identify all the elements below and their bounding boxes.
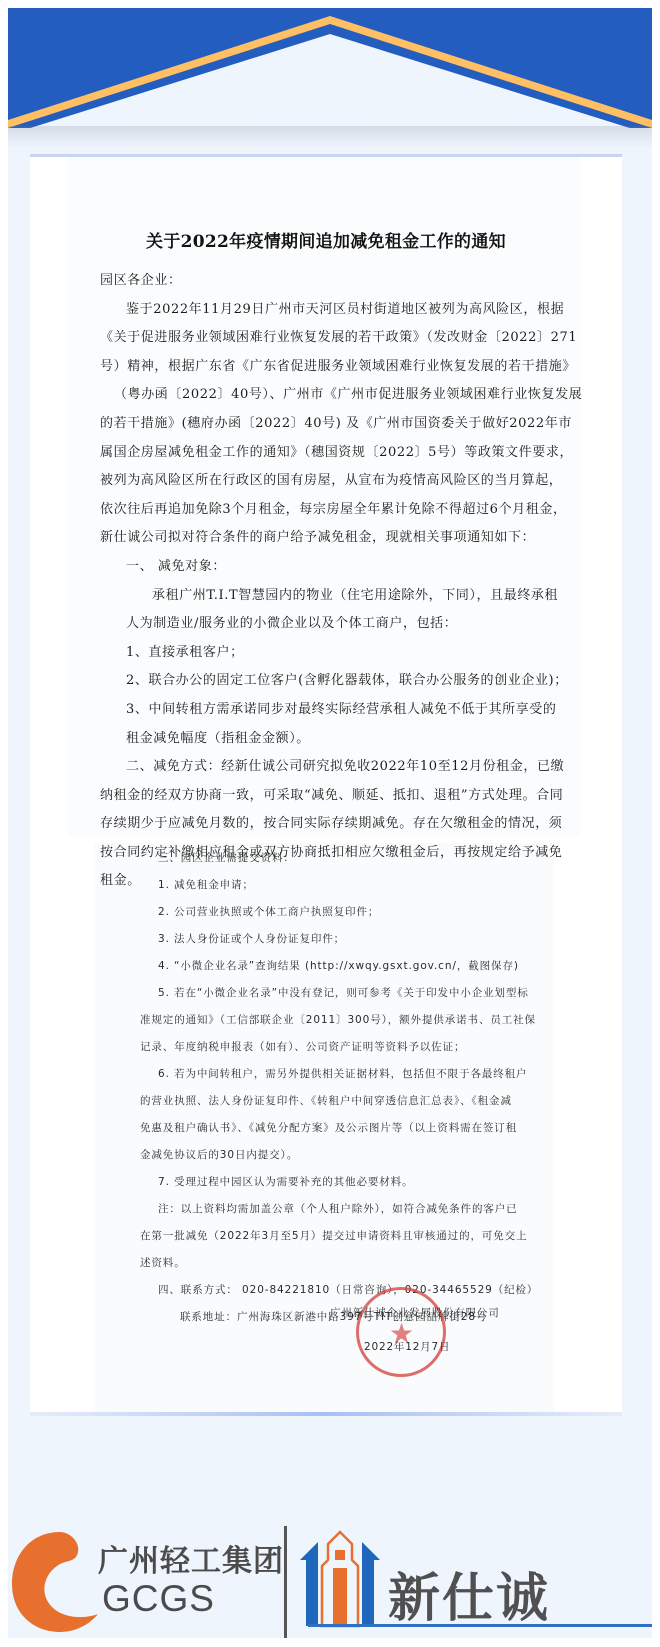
section3-note: 注：以上资料均需加盖公章（个人租户除外），如符合减免条件的客户已: [140, 1196, 550, 1223]
section2-line: 纳租金的经双方协商一致，可采取“减免、顺延、抵扣、退租”方式处理。合同: [100, 782, 570, 811]
footer-logos: 广州轻工集团 GCGS 新仕诚: [8, 1418, 652, 1638]
signature-date: 2022年12月7日: [364, 1339, 450, 1354]
gcgs-name-en: GCGS: [102, 1578, 215, 1620]
gcgs-logo-icon: [8, 1528, 112, 1636]
section3-line: 的营业执照、法人身份证复印件、《转租户中间穿透信息汇总表》、《租金减: [140, 1088, 550, 1115]
section1-heading: 一、 减免对象：: [100, 553, 570, 582]
header-banner: [8, 8, 652, 128]
section3-line: 5. 若在“小微企业名录”中没有登记，则可参考《关于印发中小企业划型标: [140, 980, 550, 1007]
intro-line: 被列为高风险区所在行政区的国有房屋，从宣布为疫情高风险区的当月算起，: [100, 467, 570, 496]
section3-note: 述资料。: [140, 1250, 550, 1277]
section3-line: 6. 若为中间转租户，需另外提供相关证据材料，包括但不限于各最终租户: [140, 1061, 550, 1088]
page: 关于2022年疫情期间追加减免租金工作的通知 园区各企业： 鉴于2022年11月…: [8, 8, 652, 1638]
section1-item: 1、直接承租客户；: [100, 639, 570, 668]
xinshicheng-name: 新仕诚: [388, 1556, 550, 1631]
section3-line: 免惠及租户确认书》、《减免分配方案》及公示图片等（以上资料需在签订租: [140, 1115, 550, 1142]
section3-line: 记录、年度纳税申报表（如有）、公司资产证明等资料予以佐证；: [140, 1034, 550, 1061]
company-seal: ★: [356, 1287, 446, 1377]
section1-item: 3、中间转租方需承诺同步对最终实际经营承租人减免不低于其所享受的: [100, 696, 570, 725]
section3-line: 4. “小微企业名录”查询结果 (http://xwqy.gsxt.gov.cn…: [140, 953, 550, 980]
section3-line: 2. 公司营业执照或个体工商户执照复印件；: [140, 899, 550, 926]
document-body-part1: 园区各企业： 鉴于2022年11月29日广州市天河区员村街道地区被列为高风险区，…: [100, 267, 570, 896]
section3-line: 1. 减免租金申请；: [140, 872, 550, 899]
section3-note: 在第一批减免（2022年3月至5月）提交过申请资料且审核通过的，可免交上: [140, 1223, 550, 1250]
notice-document: 关于2022年疫情期间追加减免租金工作的通知 园区各企业： 鉴于2022年11月…: [30, 154, 622, 1412]
section1-line: 承租广州T.I.T智慧园内的物业（住宅用途除外，下同），且最终承租: [100, 582, 570, 611]
intro-line: 《关于促进服务业领域困难行业恢复发展的若干政策》（发改财金〔2022〕271: [100, 324, 570, 353]
intro-line: 的若干措施》(穗府办函〔2022〕40号) 及《广州市国资委关于做好2022年市: [100, 410, 570, 439]
section3-line: 3. 法人身份证或个人身份证复印件；: [140, 926, 550, 953]
signature-company: 广州新仕诚企业发展股份有限公司: [330, 1305, 500, 1320]
intro-line: 依次往后再追加免除3个月租金，每宗房屋全年累计免除不得超过6个月租金，: [100, 496, 570, 525]
intro-line: 属国企房屋减免租金工作的通知》（穗国资规〔2022〕5号）等政策文件要求，: [100, 439, 570, 468]
section3-line: 金减免协议后的30日内提交）。: [140, 1142, 550, 1169]
section1-item: 2、联合办公的固定工位客户(含孵化器载体，联合办公服务的创业企业)；: [100, 667, 570, 696]
section1-item: 租金减免幅度（指租金金额）。: [100, 725, 570, 754]
section1-line: 人为制造业/服务业的小微企业以及个体工商户，包括：: [100, 610, 570, 639]
card-bottom-accent: [30, 1412, 622, 1416]
contact-info: 四、联系方式： 020-84221810（日常咨询），020-34465529（…: [140, 1277, 550, 1304]
section2-line: 存续期少于应减免月数的，按合同实际存续期减免。存在欠缴租金的情况，须: [100, 810, 570, 839]
salutation: 园区各企业：: [100, 267, 570, 296]
banner-shadow: [8, 126, 652, 148]
intro-line: 鉴于2022年11月29日广州市天河区员村街道地区被列为高风险区，根据: [100, 296, 570, 325]
intro-line: 号）精神，根据广东省《广东省促进服务业领域困难行业恢复发展的若干措施》: [100, 353, 570, 382]
section3-line: 7. 受理过程中园区认为需要补充的其他必要材料。: [140, 1169, 550, 1196]
gcgs-name-cn: 广州轻工集团: [98, 1536, 284, 1580]
document-body-part2: 三、园区企业需提交资料： 1. 减免租金申请； 2. 公司营业执照或个体工商户执…: [140, 845, 550, 1331]
banner-chevron-graphic: [8, 8, 652, 128]
section3-line: 准规定的通知》（工信部联企业〔2011〕300号），额外提供承诺书、员工社保: [140, 1007, 550, 1034]
intro-line: （粤办函〔2022〕40号）、广州市《广州市促进服务业领域困难行业恢复发展: [100, 381, 570, 410]
xinshicheng-logo-icon: [300, 1530, 380, 1630]
intro-line: 新仕诚公司拟对符合条件的商户给予减免租金，现就相关事项通知如下：: [100, 524, 570, 553]
section2-line: 二、减免方式：经新仕诚公司研究拟免收2022年10至12月份租金，已缴: [100, 753, 570, 782]
document-title: 关于2022年疫情期间追加减免租金工作的通知: [30, 227, 622, 252]
section3-heading: 三、园区企业需提交资料：: [140, 845, 550, 872]
logo-divider: [284, 1526, 287, 1638]
xinshicheng-underline: [308, 1624, 652, 1627]
